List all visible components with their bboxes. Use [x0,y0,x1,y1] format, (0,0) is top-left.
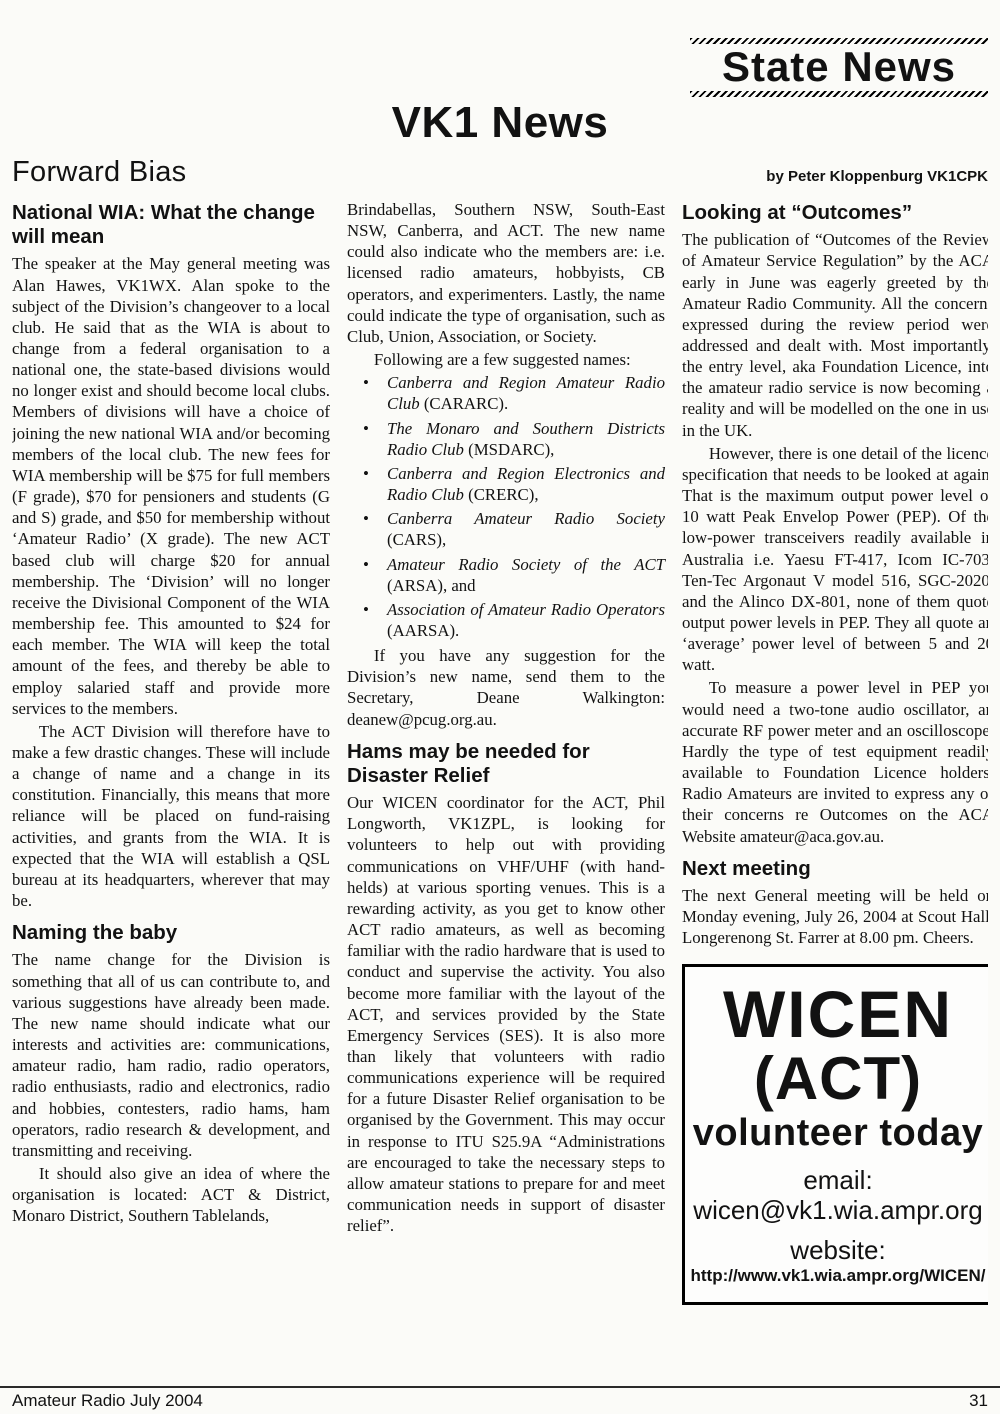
paragraph: The next General meeting will be held on… [682,885,988,948]
paragraph: The publication of “Outcomes of the Revi… [682,229,988,441]
wicen-act: (ACT) [689,1047,987,1110]
list-item: Canberra and Region Amateur Radio Club (… [363,372,665,414]
club-name: Association of Amateur Radio Operators [387,600,665,619]
paragraph: If you have any suggestion for the Divis… [347,645,665,730]
magazine-page: State News VK1 News Forward Bias by Pete… [0,0,1000,1347]
club-acronym: (CARS), [387,530,446,549]
section-kicker: State News [690,44,988,91]
club-acronym: (MSDARC), [464,440,554,459]
column-2: Brindabellas, Southern NSW, South-East N… [347,199,665,1347]
heading-next-meeting: Next meeting [682,857,988,881]
heading-hams-disaster-relief: Hams may be needed for Disaster Relief [347,740,665,788]
wicen-email-label: email: [689,1166,987,1195]
paragraph: The ACT Division will therefore have to … [12,721,330,911]
list-item: Amateur Radio Society of the ACT (ARSA),… [363,554,665,596]
club-acronym: (ARSA), and [387,576,476,595]
paragraph: The speaker at the May general meeting w… [12,253,330,718]
paragraph: Brindabellas, Southern NSW, South-East N… [347,199,665,347]
byline: by Peter Kloppenburg VK1CPK [766,168,988,189]
page-title: VK1 News [12,98,988,148]
column-1: National WIA: What the change will mean … [12,199,330,1347]
header-row: Forward Bias by Peter Kloppenburg VK1CPK [12,156,988,189]
suggested-names-list: Canberra and Region Amateur Radio Club (… [347,372,665,641]
hatch-rule-bottom [690,91,988,97]
state-news-banner: State News [690,38,988,97]
heading-naming-the-baby: Naming the baby [12,921,330,945]
club-acronym: (AARSA). [387,621,459,640]
paragraph: However, there is one detail of the lice… [682,443,988,676]
wicen-volunteer: volunteer today [689,1112,987,1156]
paragraph: To measure a power level in PEP you woul… [682,677,988,846]
club-acronym: (CRERC), [464,485,539,504]
footer-journal-name: Amateur Radio July 2004 [12,1391,203,1411]
paragraph: It should also give an idea of where the… [12,1163,330,1226]
page-footer: Amateur Radio July 2004 31 [0,1386,1000,1411]
article-columns: National WIA: What the change will mean … [12,199,988,1347]
club-name: Amateur Radio Society of the ACT [387,555,665,574]
club-name: Canberra Amateur Radio Society [387,509,665,528]
wicen-email-address: wicen@vk1.wia.ampr.org [689,1195,987,1226]
column-heading: Forward Bias [12,156,186,189]
paragraph: Our WICEN coordinator for the ACT, Phil … [347,792,665,1236]
wicen-website-label: website: [689,1236,987,1265]
heading-national-wia: National WIA: What the change will mean [12,201,330,249]
wicen-title: WICEN [689,981,987,1047]
list-item: Association of Amateur Radio Operators (… [363,599,665,641]
column-3: Looking at “Outcomes” The publication of… [682,199,988,1347]
club-acronym: (CARARC). [420,394,509,413]
paragraph: Following are a few suggested names: [347,349,665,370]
footer-page-number: 31 [969,1391,988,1411]
heading-looking-at-outcomes: Looking at “Outcomes” [682,201,988,225]
wicen-website-url: http://www.vk1.wia.ampr.org/WICEN/ [689,1266,987,1286]
list-item: Canberra and Region Electronics and Radi… [363,463,665,505]
list-item: Canberra Amateur Radio Society (CARS), [363,508,665,550]
wicen-ad-box: WICEN (ACT) volunteer today email: wicen… [682,964,988,1305]
list-item: The Monaro and Southern Districts Radio … [363,418,665,460]
paragraph: The name change for the Division is some… [12,949,330,1161]
